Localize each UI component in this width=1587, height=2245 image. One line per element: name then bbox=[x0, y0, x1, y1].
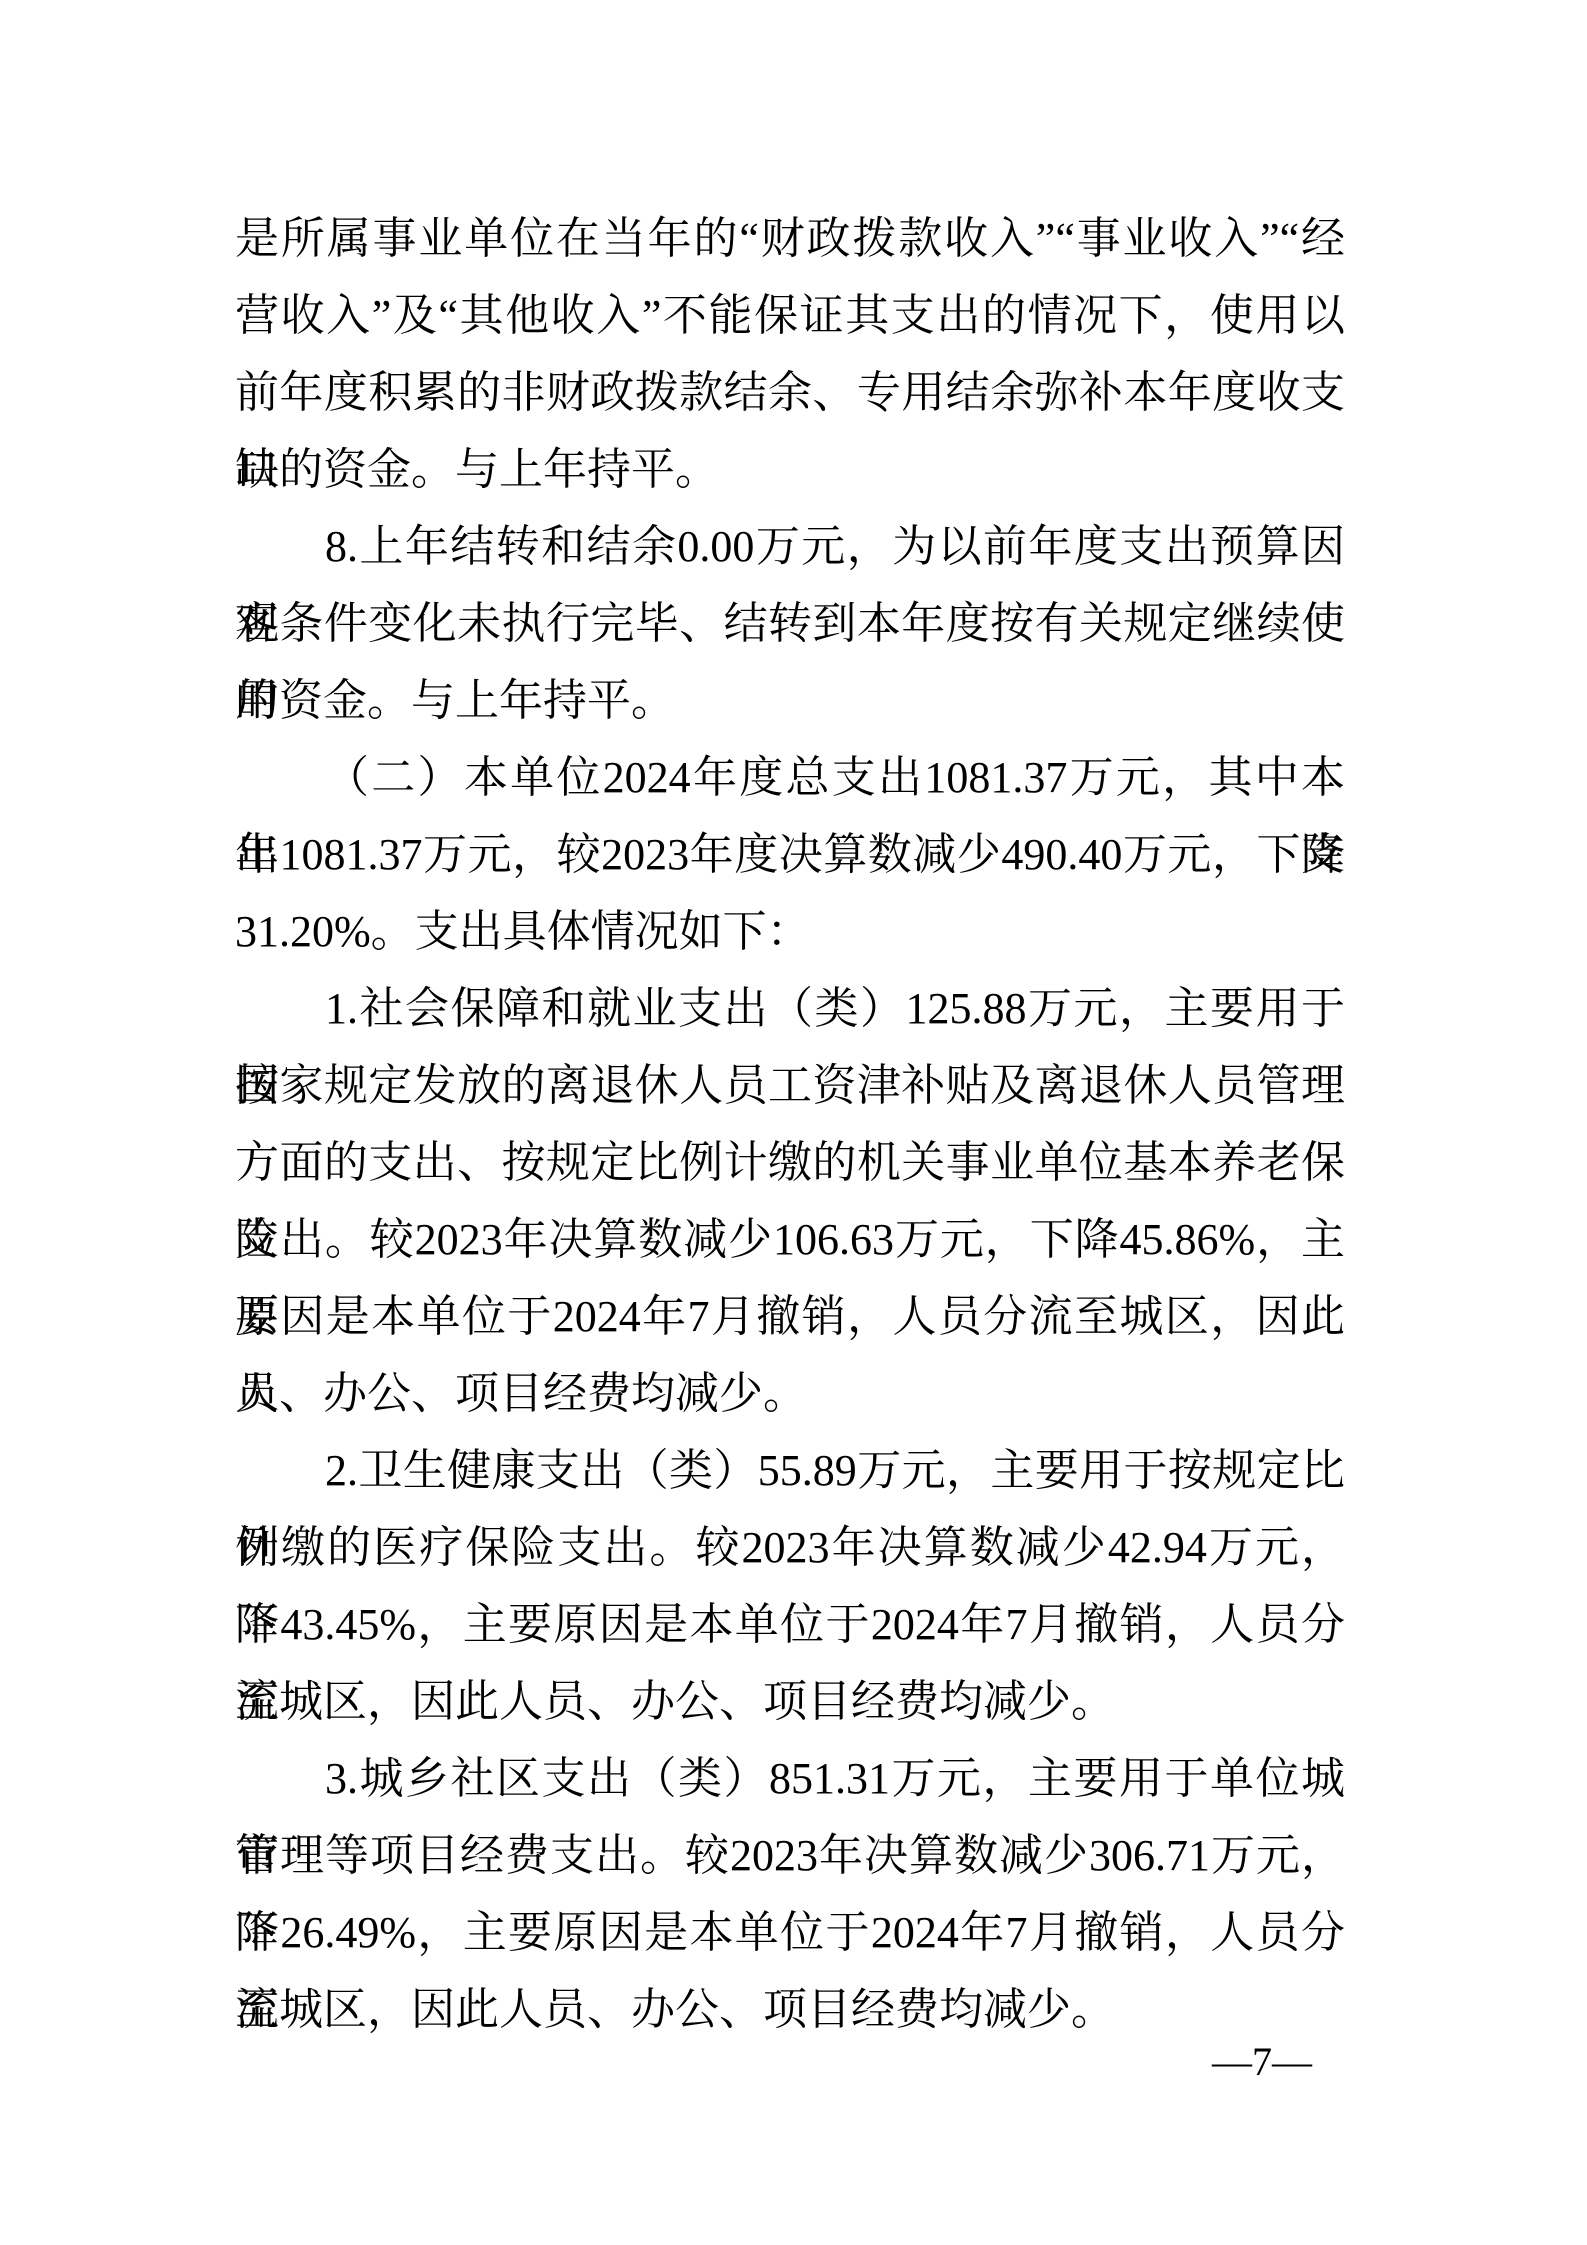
text-line: 31.20%。支出具体情况如下： bbox=[235, 893, 1345, 970]
text-line: 支出。较2023年决算数减少106.63万元，下降45.86%，主要 bbox=[235, 1201, 1345, 1278]
text-line: 8.上年结转和结余0.00万元，为以前年度支出预算因客 bbox=[235, 508, 1345, 585]
text-line: 观条件变化未执行完毕、结转到本年度按有关规定继续使用 bbox=[235, 585, 1345, 662]
text-line: 2.卫生健康支出（类）55.89万元，主要用于按规定比例 bbox=[235, 1432, 1345, 1509]
page-content: 是所属事业单位在当年的“财政拨款收入”“事业收入”“经 营收入”及“其他收入”不… bbox=[235, 200, 1345, 2048]
text-line: 3.城乡社区支出（类）851.31万元，主要用于单位城市 bbox=[235, 1740, 1345, 1817]
text-line: 员、办公、项目经费均减少。 bbox=[235, 1355, 1345, 1432]
text-line: 是所属事业单位在当年的“财政拨款收入”“事业收入”“经 bbox=[235, 200, 1345, 277]
text-line: 的资金。与上年持平。 bbox=[235, 662, 1345, 739]
text-line: 降43.45%，主要原因是本单位于2024年7月撤销，人员分流 bbox=[235, 1586, 1345, 1663]
text-line: 至城区，因此人员、办公、项目经费均减少。 bbox=[235, 1663, 1345, 1740]
text-line: 方面的支出、按规定比例计缴的机关事业单位基本养老保险 bbox=[235, 1124, 1345, 1201]
text-line: 至城区，因此人员、办公、项目经费均减少。 bbox=[235, 1971, 1345, 2048]
text-line: 营收入”及“其他收入”不能保证其支出的情况下，使用以 bbox=[235, 277, 1345, 354]
text-line: 管理等项目经费支出。较2023年决算数减少306.71万元，下 bbox=[235, 1817, 1345, 1894]
text-line: 出1081.37万元，较2023年度决算数减少490.40万元，下降 bbox=[235, 816, 1345, 893]
text-line: 1.社会保障和就业支出（类）125.88万元，主要用于按 bbox=[235, 970, 1345, 1047]
text-line: （二）本单位2024年度总支出1081.37万元，其中本年支 bbox=[235, 739, 1345, 816]
text-line: 计缴的医疗保险支出。较2023年决算数减少42.94万元，下 bbox=[235, 1509, 1345, 1586]
text-line: 国家规定发放的离退休人员工资津补贴及离退休人员管理 bbox=[235, 1047, 1345, 1124]
page-number: —7— bbox=[1212, 2042, 1312, 2082]
text-line: 前年度积累的非财政拨款结余、专用结余弥补本年度收支缺 bbox=[235, 354, 1345, 431]
text-line: 降26.49%，主要原因是本单位于2024年7月撤销，人员分流 bbox=[235, 1894, 1345, 1971]
text-line: 原因是本单位于2024年7月撤销，人员分流至城区，因此人 bbox=[235, 1278, 1345, 1355]
document-page: 是所属事业单位在当年的“财政拨款收入”“事业收入”“经 营收入”及“其他收入”不… bbox=[0, 0, 1587, 2245]
text-line: 口的资金。与上年持平。 bbox=[235, 431, 1345, 508]
